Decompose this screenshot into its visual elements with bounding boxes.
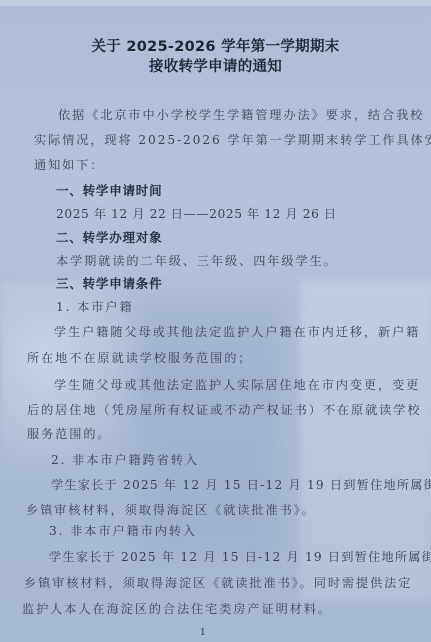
intro-line-1: 依据《北京市中小学校学生学籍管理办法》要求，结合我校	[58, 106, 424, 123]
document-title-line-1: 关于 2025-2026 学年第一学期期末	[0, 35, 431, 56]
intro-line-3: 通知如下：	[34, 156, 104, 173]
eligible-students-text: 本学期就读的二年级、三年级、四年级学生。	[56, 252, 338, 269]
section-heading-application-time: 一、转学申请时间	[56, 181, 162, 199]
intra-city-line3: 监护人本人在海淀区的合法住宅类房产证明材料。	[22, 600, 332, 617]
document-title-line-2: 接收转学申请的通知	[0, 55, 431, 76]
section-heading-eligible-students: 二、转学办理对象	[56, 228, 162, 246]
local-hukou-para1-line1: 学生户籍随父母或其他法定监护人户籍在市内迁移，新户籍	[54, 323, 420, 340]
cross-province-line2: 乡镇审核材料，须取得海淀区《就读批准书》。	[26, 501, 316, 518]
application-date-range: 2025 年 12 月 22 日——2025 年 12 月 26 日	[56, 205, 337, 222]
subsection-label-local-hukou: 1. 本市户籍	[56, 298, 134, 315]
local-hukou-para2-line2: 后的居住地（凭房屋所有权证或不动产权证书）不在原就读学校	[27, 401, 421, 418]
local-hukou-para2-line1: 学生随父母或其他法定监护人实际居住地在市内变更，变更	[54, 376, 420, 393]
intra-city-line2: 乡镇审核材料，须取得海淀区《就读批准书》。同时需提供法定	[24, 574, 412, 591]
cross-province-line1: 学生家长于 2025 年 12 月 15 日-12 月 19 日到暂住地所属街	[51, 476, 431, 493]
local-hukou-para1-line2: 所在地不在原就读学校服务范围的；	[27, 349, 252, 366]
page-number: 1	[200, 628, 206, 638]
subsection-label-cross-province: 2. 非本市户籍跨省转入	[51, 451, 199, 468]
subsection-label-intra-city: 3. 非本市户籍市内转入	[49, 522, 197, 539]
notice-document: 关于 2025-2026 学年第一学期期末 接收转学申请的通知 依据《北京市中小…	[0, 0, 431, 642]
intra-city-line1: 学生家长于 2025 年 12 月 15 日-12 月 19 日到暂住地所属街	[49, 548, 431, 565]
section-heading-application-conditions: 三、转学申请条件	[56, 274, 162, 292]
local-hukou-para2-line3: 服务范围的。	[27, 425, 112, 442]
intro-line-2: 实际情况，现将 2025-2026 学年第一学期期末转学工作具体安排	[34, 131, 431, 148]
